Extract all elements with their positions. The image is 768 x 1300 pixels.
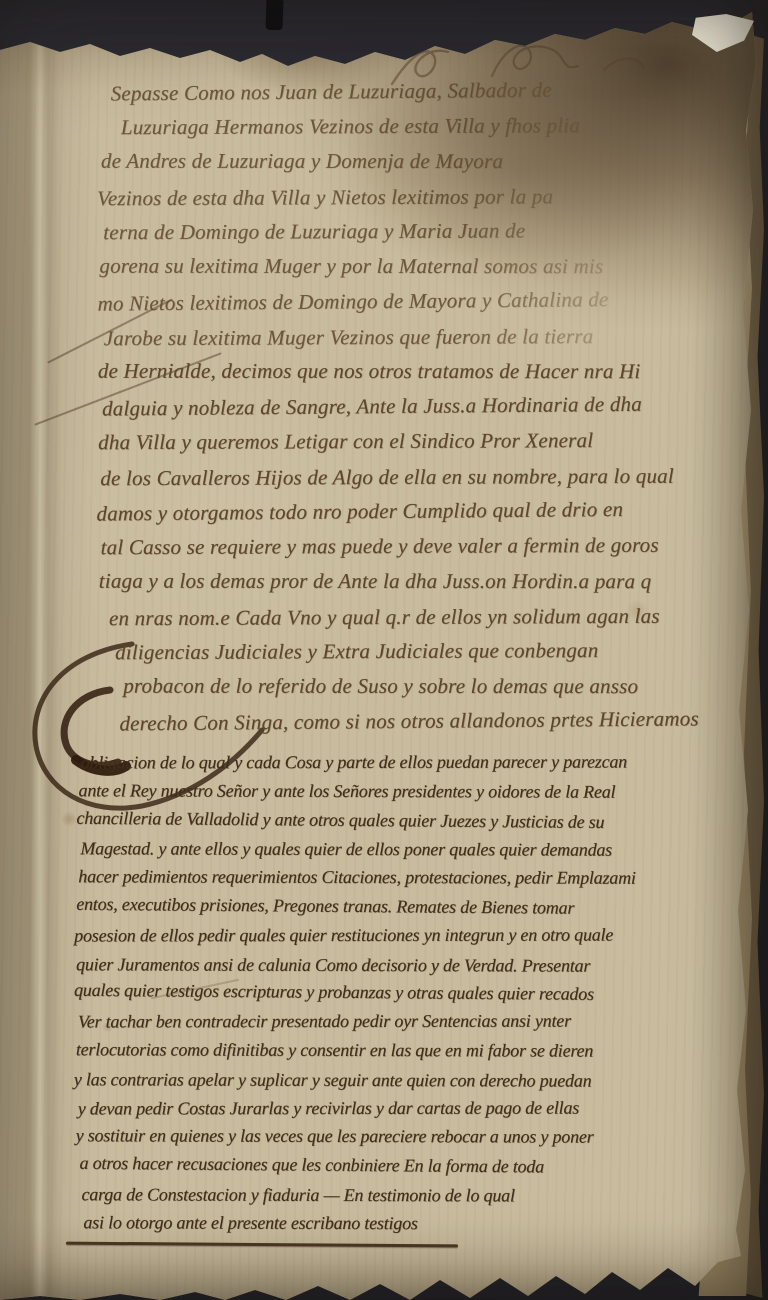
manuscript-line: ante el Rey nuestro Señor y ante los Señ… [78,776,635,806]
manuscript-line: terna de Domingo de Luzuriaga y Maria Ju… [103,213,697,251]
manuscript-line: terlocutorias como difinitibas y consent… [76,1035,635,1065]
manuscript-line: gorena su lexitima Muger y por la Matern… [99,249,696,285]
manuscript-line: a otros hacer recusaciones que les conbi… [79,1149,635,1182]
manuscript-line: y las contrarias apelar y suplicar y seg… [74,1065,635,1095]
manuscript-line: probacon de lo referido de Suso y sobre … [123,669,698,705]
manuscript-line: Sepasse Como nos Juan de Luzuriaga, Salb… [110,71,696,111]
manuscript-line: Ver tachar ben contradecir presentado pe… [78,1007,635,1037]
manuscript-line: entos, executibos prisiones, Pregones tr… [76,890,636,923]
manuscript-line: derecho Con Singa, como si nos otros all… [119,701,699,741]
manuscript-line: de los Cavalleros Hijos de Algo de ella … [100,459,698,497]
manuscript-line: hacer pedimientos requerimientos Citacio… [78,862,635,892]
handwritten-text: Sepasse Como nos Juan de Luzuriaga, Salb… [0,0,768,1300]
manuscript-line: damos y otorgamos todo nro poder Cumplid… [96,491,698,531]
manuscript-line: Vezinos de esta dha Villa y Nietos lexit… [97,179,697,217]
manuscript-line: diligencias Judiciales y Extra Judiciale… [115,633,699,671]
manuscript-line: dalguia y nobleza de Sangre, Ante la Jus… [102,386,698,426]
manuscript-line: posesion de ellos pedir quales quier res… [74,920,635,950]
photograph-of-manuscript: 12 Sepasse Como nos Juan de Luzuriaga, S… [0,0,768,1300]
manuscript-line: en nras nom.e Cada Vno y qual q.r de ell… [109,599,699,637]
manuscript-text-upper: Sepasse Como nos Juan de Luzuriaga, Salb… [77,73,699,741]
manuscript-line: carga de Constestacion y fiaduria — En t… [81,1180,634,1210]
manuscript-line: dha Villa y queremos Letigar con el Sind… [98,423,698,461]
manuscript-line: chancilleria de Valladolid y ante otros … [76,803,636,836]
manuscript-line: de Andres de Luzuriaga y Domenja de Mayo… [101,144,696,180]
manuscript-text-lower: obligacion de lo qual y cada Cosa y part… [69,747,636,1238]
manuscript-line: de Hernialde, decimos que nos otros trat… [98,354,697,390]
manuscript-line: obligacion de lo qual y cada Cosa y part… [81,748,636,778]
manuscript-line: tal Casso se requiere y mas puede y deve… [101,528,699,566]
manuscript-line: y devan pedir Costas Jurarlas y recivirl… [78,1093,635,1123]
manuscript-line: Magestad. y ante ellos y quales quier de… [80,835,635,865]
manuscript-line: Jarobe su lexitima Muger Vezinos que fue… [104,319,698,357]
manuscript-line: asi lo otorgo ante el presente escribano… [83,1208,634,1238]
manuscript-line: tiaga y a los demas pror de Ante la dha … [99,564,698,600]
manuscript-line: mo Nietos lexitimos de Domingo de Mayora… [97,281,697,321]
manuscript-line: y sostituir en quienes y las veces que l… [76,1122,635,1152]
manuscript-line: quales quier testigos escripturas y prob… [74,976,636,1009]
manuscript-line: Luzuriaga Hermanos Vezinos de esta Villa… [121,108,697,146]
